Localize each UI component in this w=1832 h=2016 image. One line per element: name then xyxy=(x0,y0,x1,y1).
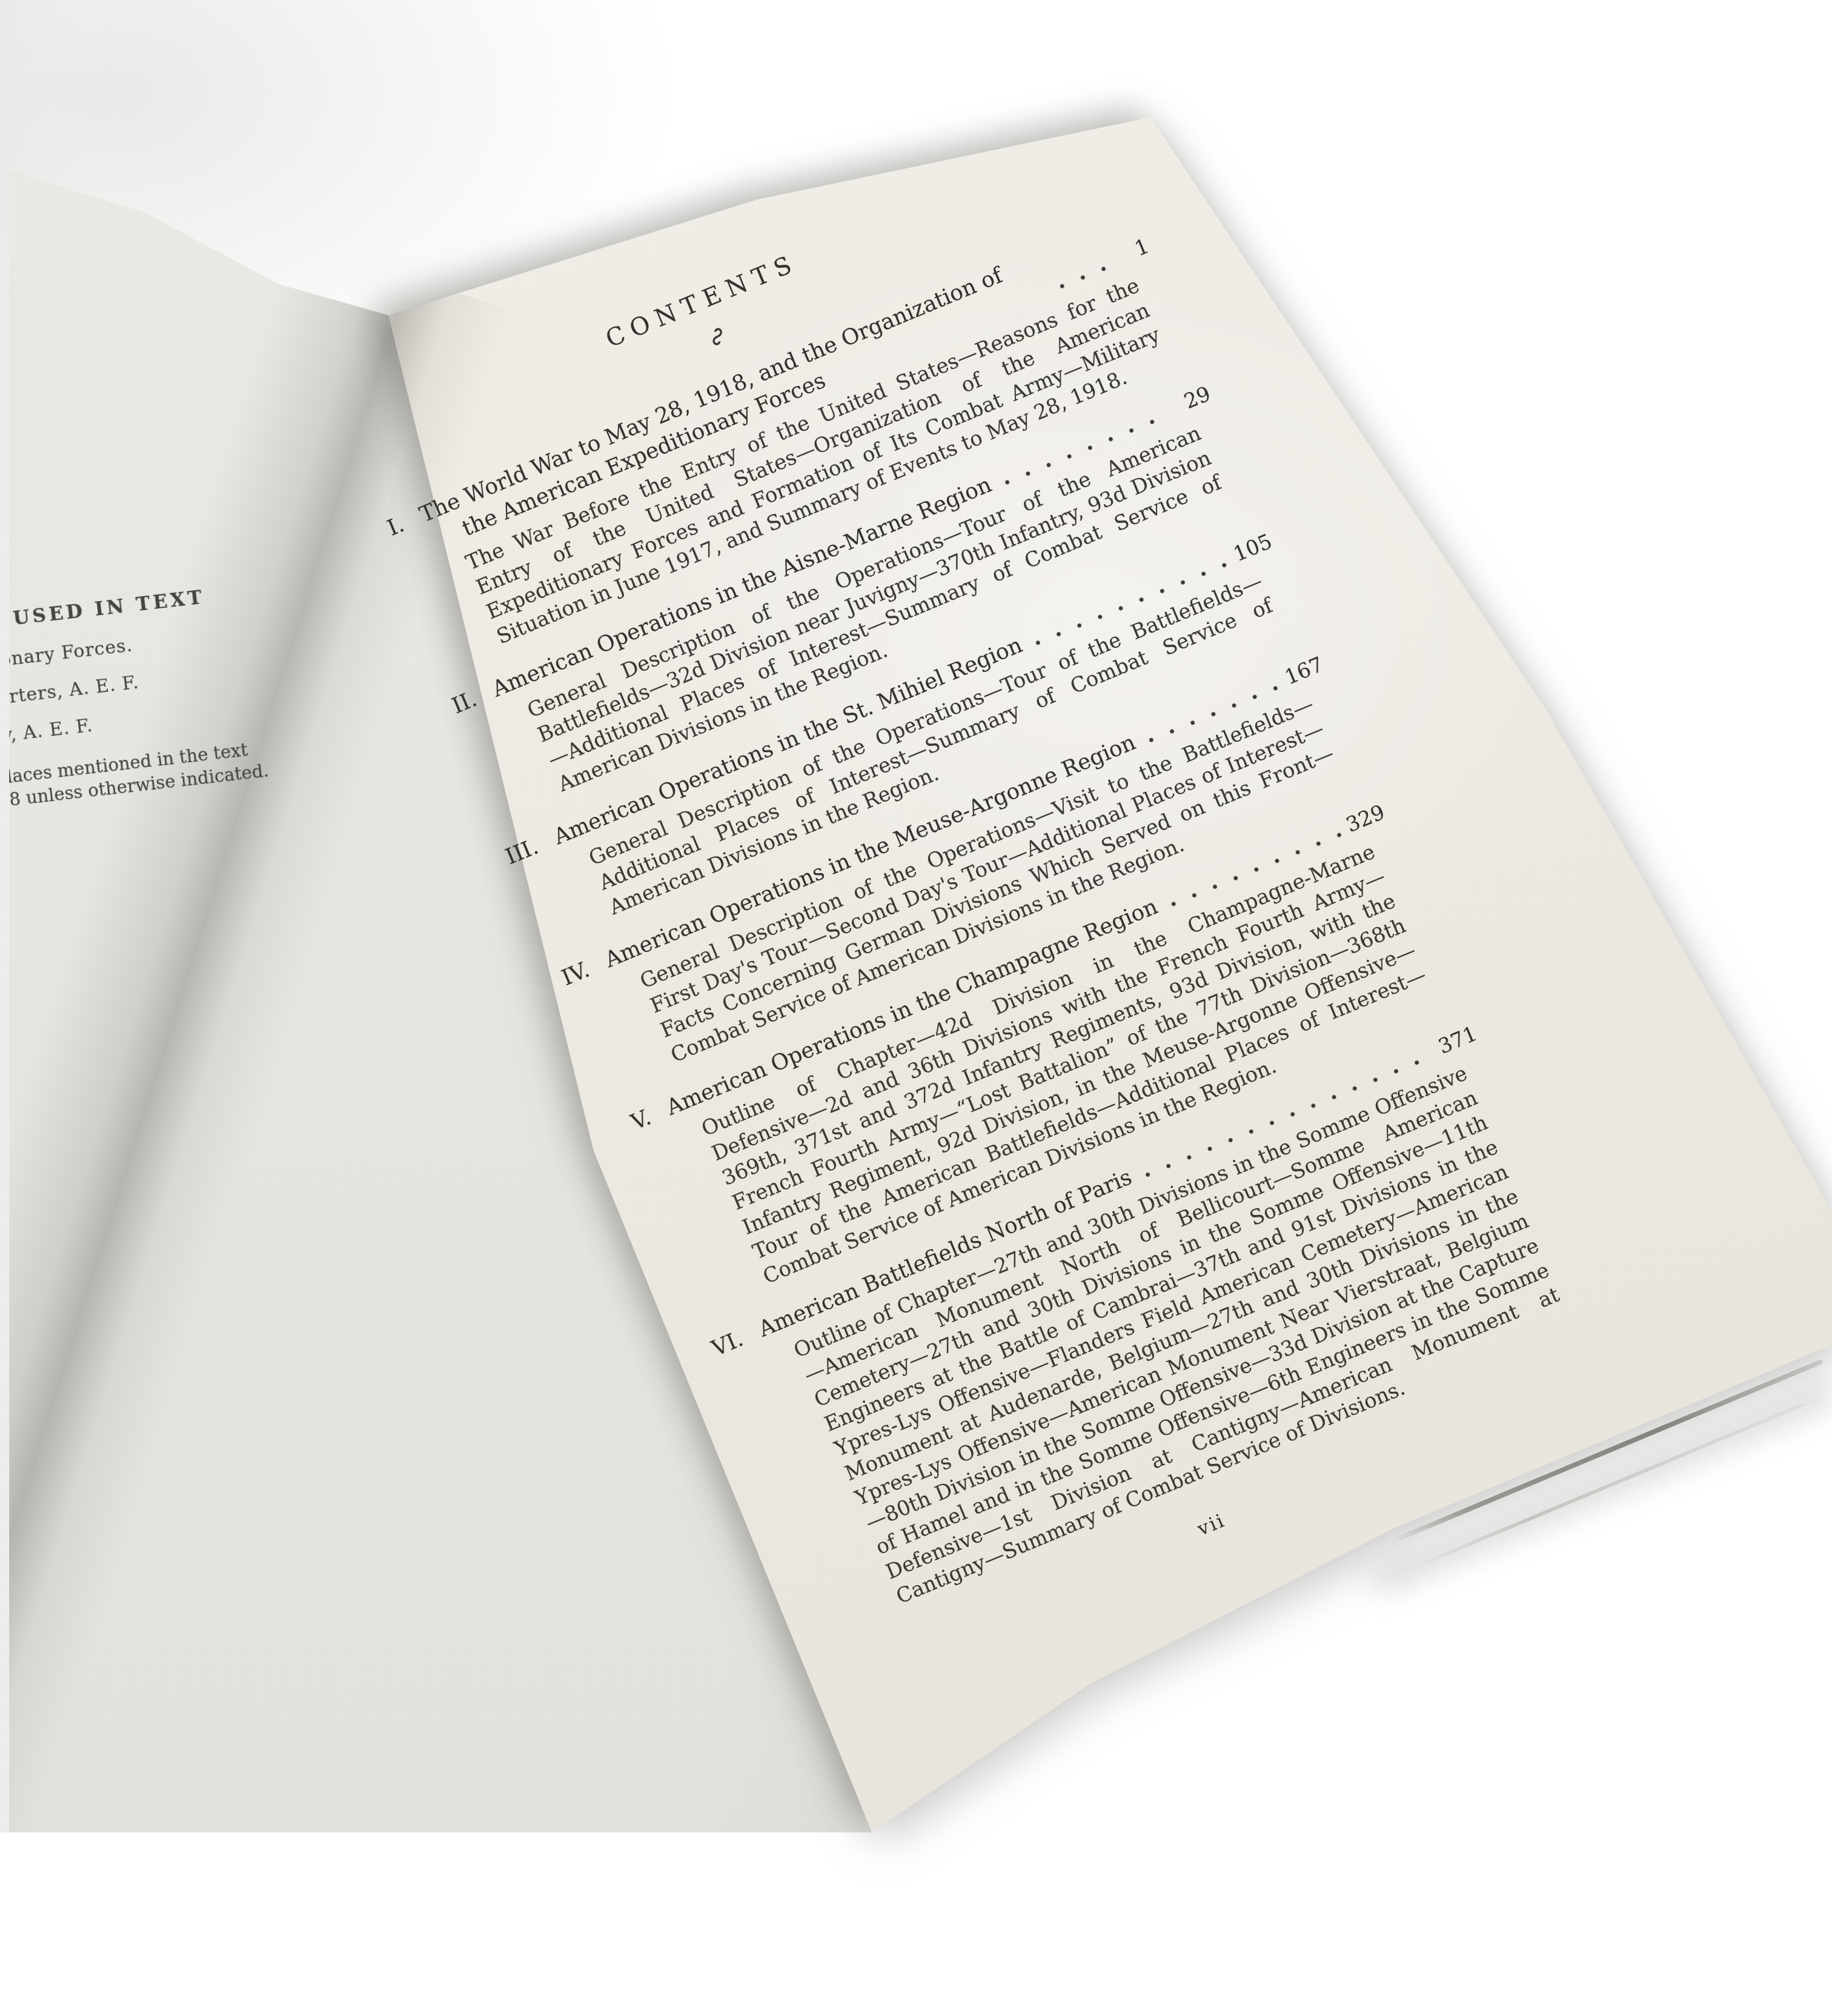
chapter-numeral: I. xyxy=(331,510,408,565)
book-photo: USED IN TEXT ionary Forces. arters, A. E… xyxy=(0,0,1832,1832)
